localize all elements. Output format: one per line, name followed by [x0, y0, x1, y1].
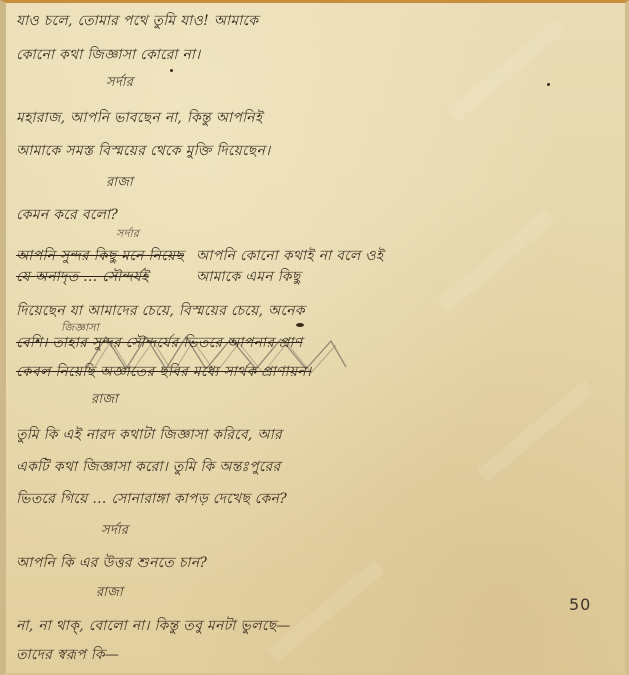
speaker-label: সর্দার: [101, 521, 128, 542]
manuscript-line: আপনি কি এর উত্তর শুনতে চান?: [16, 551, 207, 575]
interlinear-insertion: সর্দার: [116, 225, 139, 244]
manuscript-line: তাদের স্বরূপ কি—: [16, 643, 119, 667]
ink-speck: [547, 83, 550, 86]
watermark: [447, 20, 565, 122]
manuscript-line: একটি কথা জিজ্ঞাসা করো। তুমি কি অন্তঃপুরে…: [16, 455, 281, 479]
speaker-label: রাজা: [91, 390, 118, 411]
manuscript-line: কোনো কথা জিজ্ঞাসা কোরো না।: [16, 43, 200, 67]
manuscript-line: মহারাজ, আপনি ভাবছেন না, কিন্তু আপনিই: [16, 106, 262, 130]
manuscript-line: ভিতরে গিয়ে ... সোনারাঙ্গা কাপড় দেখেছ ক…: [16, 487, 287, 511]
watermark: [267, 560, 385, 662]
watermark: [437, 210, 555, 312]
watermark: [477, 380, 595, 482]
manuscript-line: যে অনাদৃত ... সৌন্দর্যই: [16, 265, 149, 289]
ink-speck: [170, 69, 173, 72]
manuscript-line: দিয়েছেন যা আমাদের চেয়ে, বিস্ময়ের চেয়…: [16, 299, 305, 323]
speaker-label: রাজা: [96, 583, 123, 604]
manuscript-page: 50 যাও চলে, তোমার পথে তুমি যাও! আমাকেকোন…: [0, 0, 629, 675]
speaker-label: সর্দার: [106, 73, 133, 94]
ink-blot: [296, 323, 304, 327]
manuscript-line: কেমন করে বলো?: [16, 203, 118, 227]
manuscript-line: যাও চলে, তোমার পথে তুমি যাও! আমাকে: [16, 9, 258, 33]
manuscript-line: না, না থাক্, বোলো না। কিন্তু তবু মনটা ভু…: [16, 614, 291, 638]
manuscript-line: তুমি কি এই নারদ কথাটা জিজ্ঞাসা করিবে, আর: [16, 423, 282, 447]
manuscript-line: আমাকে সমস্ত বিস্ময়ের থেকে মুক্তি দিয়েছ…: [16, 139, 270, 163]
manuscript-line: আমাকে এমন কিছু: [196, 265, 301, 289]
manuscript-line: কেবল নিয়েছি অজ্ঞাতের ছবির মধ্যে সার্থক …: [16, 360, 311, 384]
manuscript-line: বেশি। তাহার সুন্দর সৌন্দর্যের ভিতরে আপনা…: [16, 331, 302, 355]
speaker-label: রাজা: [106, 173, 133, 194]
page-number: 50: [569, 595, 591, 614]
